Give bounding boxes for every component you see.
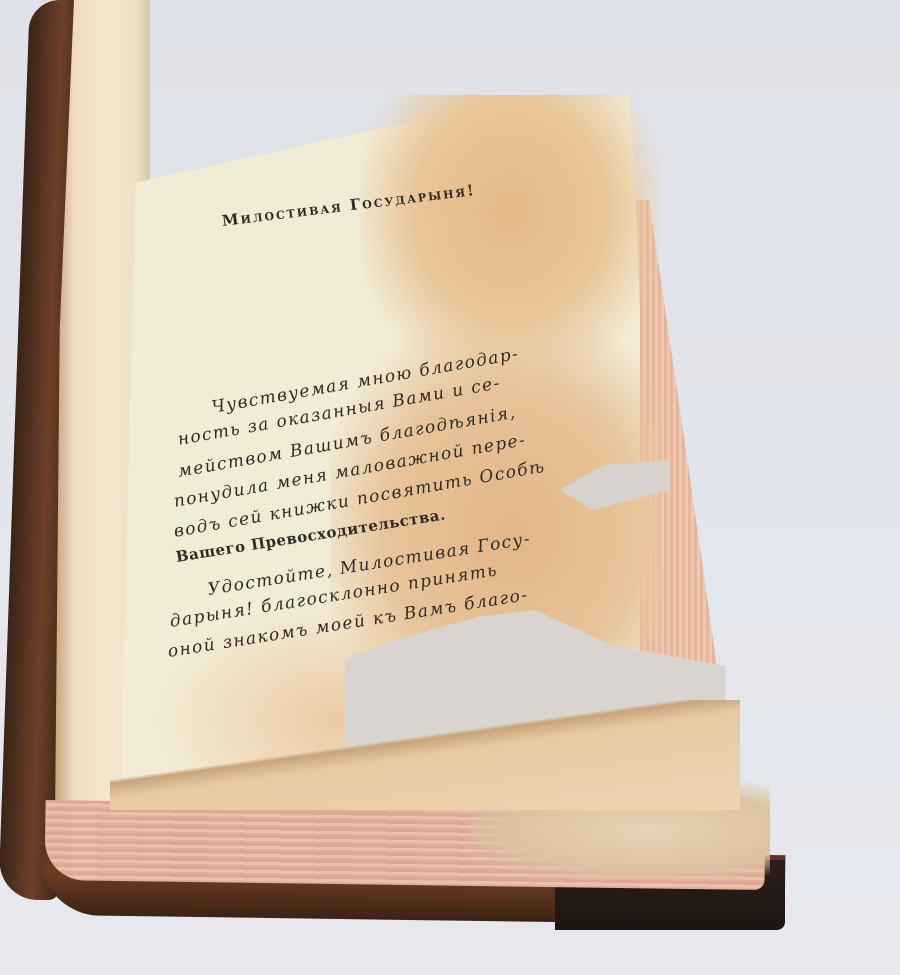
page-fold <box>110 700 740 810</box>
